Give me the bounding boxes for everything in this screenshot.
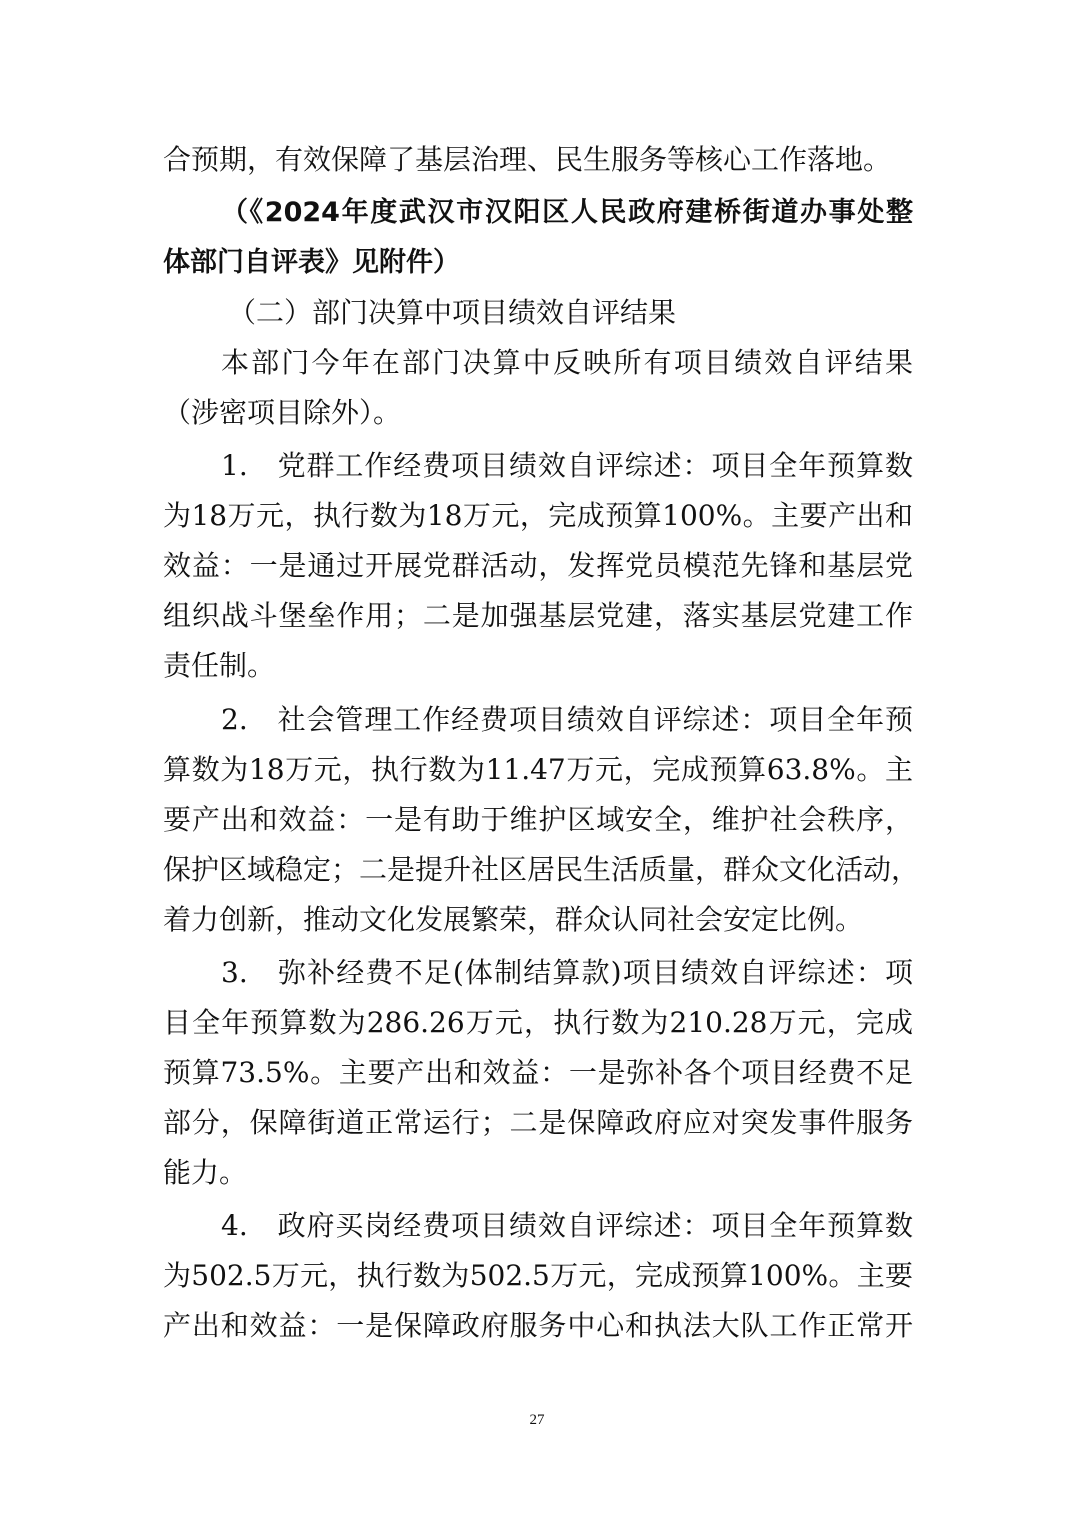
page-number: 27 [0,1410,1074,1430]
item-2-line-4: 保护区域稳定；二是提升社区居民生活质量，群众文化活动， [163,850,913,890]
item-2-line-5: 着力创新，推动文化发展繁荣，群众认同社会安定比例。 [163,900,913,940]
document-page: 合预期，有效保障了基层治理、民生服务等核心工作落地。 （《2024年度武汉市汉阳… [0,0,1074,1520]
item-4-line-1: 4. 政府买岗经费项目绩效自评综述：项目全年预算数 [221,1206,913,1246]
intro-paragraph-line-2: （涉密项目除外）。 [163,393,913,433]
section-heading-project-results: （二）部门决算中项目绩效自评结果 [228,293,688,333]
intro-paragraph-line-1: 本部门今年在部门决算中反映所有项目绩效自评结果 [221,343,913,383]
item-4-line-2: 为502.5万元，执行数为502.5万元，完成预算100%。主要 [163,1256,913,1296]
item-1-line-5: 责任制。 [163,646,913,686]
item-4-line-3: 产出和效益：一是保障政府服务中心和执法大队工作正常开 [163,1306,913,1346]
item-2-line-1: 2. 社会管理工作经费项目绩效自评综述：项目全年预 [221,700,913,740]
item-1-line-3: 效益：一是通过开展党群活动，发挥党员模范先锋和基层党 [163,546,913,586]
item-1-line-4: 组织战斗堡垒作用；二是加强基层党建，落实基层党建工作 [163,596,913,636]
attachment-note-line-1: （《2024年度武汉市汉阳区人民政府建桥街道办事处整 [221,193,913,233]
item-3-line-1: 3. 弥补经费不足(体制结算款)项目绩效自评综述：项 [221,953,913,993]
item-2-line-3: 要产出和效益：一是有助于维护区域安全，维护社会秩序， [163,800,913,840]
item-3-line-3: 预算73.5%。主要产出和效益：一是弥补各个项目经费不足 [163,1053,913,1093]
item-3-line-2: 目全年预算数为286.26万元，执行数为210.28万元，完成 [163,1003,913,1043]
item-1-line-1: 1. 党群工作经费项目绩效自评综述：项目全年预算数 [221,446,913,486]
item-2-line-2: 算数为18万元，执行数为11.47万元，完成预算63.8%。主 [163,750,913,790]
paragraph-line-continuation: 合预期，有效保障了基层治理、民生服务等核心工作落地。 [163,140,913,180]
item-1-line-2: 为18万元，执行数为18万元，完成预算100%。主要产出和 [163,496,913,536]
item-3-line-5: 能力。 [163,1153,913,1193]
attachment-note-line-2: 体部门自评表》见附件） [163,243,913,283]
item-3-line-4: 部分，保障街道正常运行；二是保障政府应对突发事件服务 [163,1103,913,1143]
